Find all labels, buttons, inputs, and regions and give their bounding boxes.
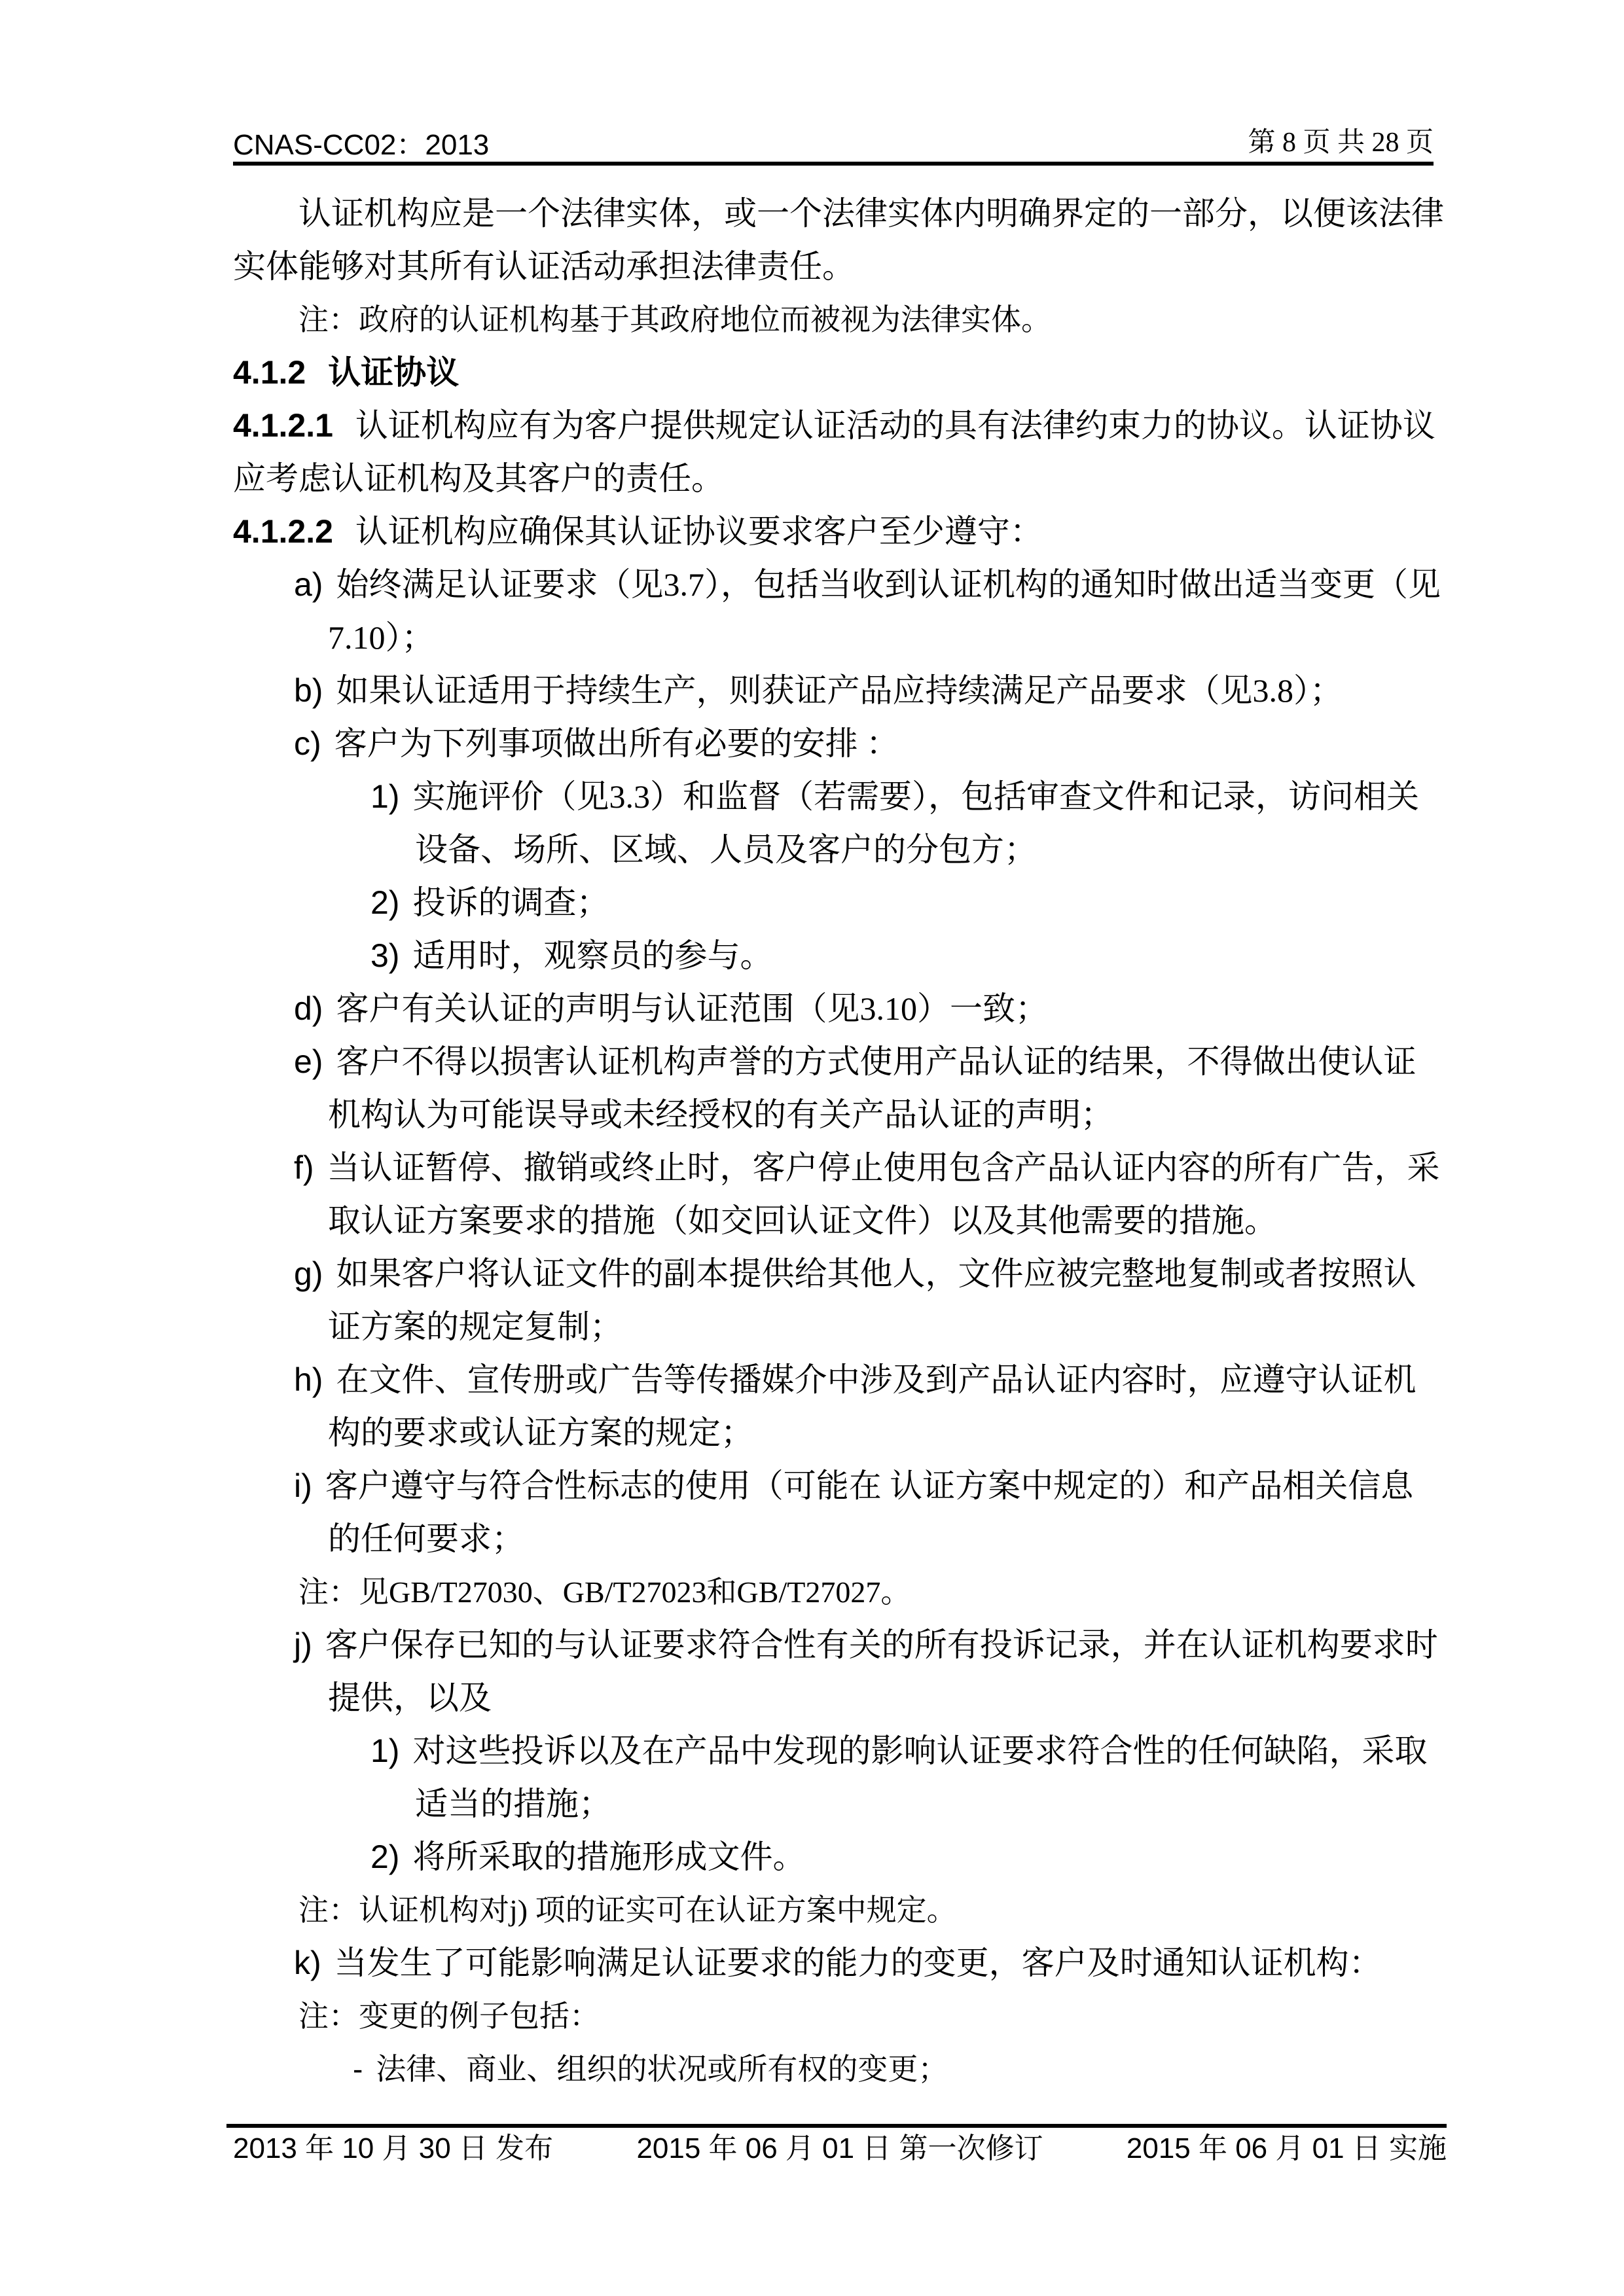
footer-rule [226, 2124, 1447, 2128]
line-text: 如果客户将认证文件的副本提供给其他人，文件应被完整地复制或者按照认 [336, 1255, 1416, 1292]
body-line: k)当发生了可能影响满足认证要求的能力的变更，客户及时通知认证机构： [233, 1937, 1434, 1990]
line-text: 将所采取的措施形成文件。 [412, 1839, 805, 1875]
note-line: 注：认证机构对j) 项的证实可在认证方案中规定。 [233, 1884, 1434, 1937]
line-text: 法律、商业、组织的状况或所有权的变更； [376, 2053, 948, 2086]
list-marker: d) [294, 990, 323, 1027]
body-line: 取认证方案要求的措施（如交回认证文件）以及其他需要的措施。 [233, 1194, 1434, 1247]
line-text: 客户保存已知的与认证要求符合性有关的所有投诉记录，并在认证机构要求时 [325, 1626, 1438, 1663]
list-marker: j) [294, 1626, 312, 1663]
body-line: b)如果认证适用于持续生产，则获证产品应持续满足产品要求（见3.8）； [233, 664, 1434, 717]
line-text: 实体能够对其所有认证活动承担法律责任。 [233, 248, 855, 285]
line-text: 构的要求或认证方案的规定； [328, 1414, 753, 1451]
body-line: a)始终满足认证要求（见3.7），包括当收到认证机构的通知时做出适当变更（见 [233, 558, 1434, 611]
line-text: 在文件、宣传册或广告等传播媒介中涉及到产品认证内容时，应遵守认证机 [336, 1361, 1416, 1398]
line-text: 提供，以及 [328, 1679, 492, 1716]
footer-revised-date: 2015 年 06 月 01 日 第一次修订 [636, 2128, 1043, 2169]
body-line: 2)将所采取的措施形成文件。 [233, 1831, 1434, 1884]
body-line: 7.10）； [233, 611, 1434, 664]
body-line: g)如果客户将认证文件的副本提供给其他人，文件应被完整地复制或者按照认 [233, 1247, 1434, 1300]
line-text: 证方案的规定复制； [328, 1308, 623, 1345]
line-text: 投诉的调查； [412, 884, 609, 921]
body-line: 2)投诉的调查； [233, 876, 1434, 929]
note-line: 注：见GB/T27030、GB/T27023和GB/T27027。 [233, 1566, 1434, 1619]
list-marker: c) [294, 725, 321, 762]
line-text: 认证机构应有为客户提供规定认证活动的具有法律约束力的协议。认证协议 [355, 407, 1435, 444]
body-line: 设备、场所、区域、人员及客户的分包方； [233, 823, 1434, 876]
body-line: h)在文件、宣传册或广告等传播媒介中涉及到产品认证内容时，应遵守认证机 [233, 1354, 1434, 1407]
note-line: 注：政府的认证机构基于其政府地位而被视为法律实体。 [233, 293, 1434, 346]
footer: 2013 年 10 月 30 日 发布 2015 年 06 月 01 日 第一次… [233, 2128, 1447, 2169]
line-text: 当发生了可能影响满足认证要求的能力的变更，客户及时通知认证机构： [334, 1945, 1382, 1981]
list-marker: - [353, 2052, 363, 2086]
note-line: -法律、商业、组织的状况或所有权的变更； [233, 2043, 1434, 2096]
line-text: 始终满足认证要求（见3.7），包括当收到认证机构的通知时做出适当变更（见 [336, 566, 1441, 603]
list-marker: h) [294, 1361, 323, 1398]
line-text: 客户遵守与符合性标志的使用（可能在 认证方案中规定的）和产品相关信息 [325, 1467, 1414, 1504]
body-line: 提供，以及 [233, 1672, 1434, 1725]
line-text: 客户不得以损害认证机构声誉的方式使用产品认证的结果，不得做出使认证 [336, 1043, 1416, 1080]
line-text: 注：认证机构对j) 项的证实可在认证方案中规定。 [298, 1893, 957, 1927]
line-text: 如果认证适用于持续生产，则获证产品应持续满足产品要求（见3.8）； [336, 672, 1343, 709]
body-line: 的任何要求； [233, 1513, 1434, 1566]
list-marker: i) [294, 1467, 312, 1504]
list-marker: 2) [370, 1839, 399, 1875]
list-marker: 1) [370, 1732, 399, 1769]
body-line: i)客户遵守与符合性标志的使用（可能在 认证方案中规定的）和产品相关信息 [233, 1460, 1434, 1513]
body-line: 4.1.2.2认证机构应确保其认证协议要求客户至少遵守： [233, 505, 1434, 558]
header-doc-code: CNAS-CC02：2013 [233, 128, 489, 162]
line-text: 的任何要求； [328, 1520, 524, 1557]
document-page: CNAS-CC02：2013 第 8 页 共 28 页 认证机构应是一个法律实体… [0, 0, 1624, 2296]
list-marker: k) [294, 1945, 321, 1981]
body-line: 3)适用时，观察员的参与。 [233, 929, 1434, 982]
body-line: 1)实施评价（见3.3）和监督（若需要），包括审查文件和记录，访问相关 [233, 770, 1434, 823]
body-line: 1)对这些投诉以及在产品中发现的影响认证要求符合性的任何缺陷，采取 [233, 1725, 1434, 1778]
body-line: 证方案的规定复制； [233, 1300, 1434, 1354]
footer-published-date: 2013 年 10 月 30 日 发布 [233, 2128, 553, 2169]
body-line: c)客户为下列事项做出所有必要的安排 ： [233, 717, 1434, 770]
line-text: 适用时，观察员的参与。 [412, 937, 772, 974]
body-line: 机构认为可能误导或未经授权的有关产品认证的声明； [233, 1088, 1434, 1141]
line-text: 认证协议 [328, 354, 459, 391]
line-text: 客户有关认证的声明与认证范围（见3.10）一致； [336, 990, 1048, 1027]
body-line: 认证机构应是一个法律实体，或一个法律实体内明确界定的一部分，以便该法律 [233, 187, 1434, 240]
document-body: 认证机构应是一个法律实体，或一个法律实体内明确界定的一部分，以便该法律实体能够对… [233, 187, 1434, 2096]
list-marker: g) [294, 1255, 323, 1292]
list-marker: 3) [370, 937, 399, 974]
line-text: 设备、场所、区域、人员及客户的分包方； [415, 831, 1037, 868]
list-marker: 1) [370, 778, 399, 815]
list-marker: f) [294, 1149, 314, 1186]
body-line: e)客户不得以损害认证机构声誉的方式使用产品认证的结果，不得做出使认证 [233, 1035, 1434, 1088]
line-text: 机构认为可能误导或未经授权的有关产品认证的声明； [328, 1096, 1113, 1133]
line-text: 认证机构应确保其认证协议要求客户至少遵守： [355, 513, 1043, 550]
line-text: 应考虑认证机构及其客户的责任。 [233, 460, 724, 497]
clause-number: 4.1.2 [233, 354, 306, 391]
body-line: 构的要求或认证方案的规定； [233, 1407, 1434, 1460]
note-line: 注：变更的例子包括： [233, 1990, 1434, 2043]
body-line: 4.1.2.1认证机构应有为客户提供规定认证活动的具有法律约束力的协议。认证协议 [233, 399, 1434, 452]
line-text: 注：见GB/T27030、GB/T27023和GB/T27027。 [298, 1575, 911, 1609]
body-line: 实体能够对其所有认证活动承担法律责任。 [233, 240, 1434, 293]
list-marker: a) [294, 566, 323, 603]
line-text: 取认证方案要求的措施（如交回认证文件）以及其他需要的措施。 [328, 1202, 1277, 1239]
header-page-info: 第 8 页 共 28 页 [1248, 126, 1434, 160]
list-marker: e) [294, 1043, 323, 1080]
body-line: f)当认证暂停、撤销或终止时，客户停止使用包含产品认证内容的所有广告，采 [233, 1141, 1434, 1194]
line-text: 当认证暂停、撤销或终止时，客户停止使用包含产品认证内容的所有广告，采 [327, 1149, 1440, 1186]
line-text: 对这些投诉以及在产品中发现的影响认证要求符合性的任何缺陷，采取 [412, 1732, 1427, 1769]
line-text: 7.10）； [328, 619, 435, 656]
line-text: 适当的措施； [415, 1785, 611, 1822]
line-text: 认证机构应是一个法律实体，或一个法律实体内明确界定的一部分，以便该法律 [298, 195, 1444, 232]
header-rule [233, 162, 1434, 166]
line-text: 客户为下列事项做出所有必要的安排 ： [334, 725, 899, 762]
clause-number: 4.1.2.1 [233, 407, 333, 444]
body-line: 适当的措施； [233, 1778, 1434, 1831]
line-text: 注：政府的认证机构基于其政府地位而被视为法律实体。 [298, 303, 1051, 336]
body-line: j)客户保存已知的与认证要求符合性有关的所有投诉记录，并在认证机构要求时 [233, 1619, 1434, 1672]
list-marker: b) [294, 672, 323, 709]
heading-line: 4.1.2认证协议 [233, 346, 1434, 399]
body-line: d)客户有关认证的声明与认证范围（见3.10）一致； [233, 982, 1434, 1035]
list-marker: 2) [370, 884, 399, 921]
body-line: 应考虑认证机构及其客户的责任。 [233, 452, 1434, 505]
footer-implemented-date: 2015 年 06 月 01 日 实施 [1127, 2128, 1447, 2169]
clause-number: 4.1.2.2 [233, 513, 333, 550]
line-text: 注：变更的例子包括： [298, 2000, 600, 2033]
line-text: 实施评价（见3.3）和监督（若需要），包括审查文件和记录，访问相关 [412, 778, 1419, 815]
